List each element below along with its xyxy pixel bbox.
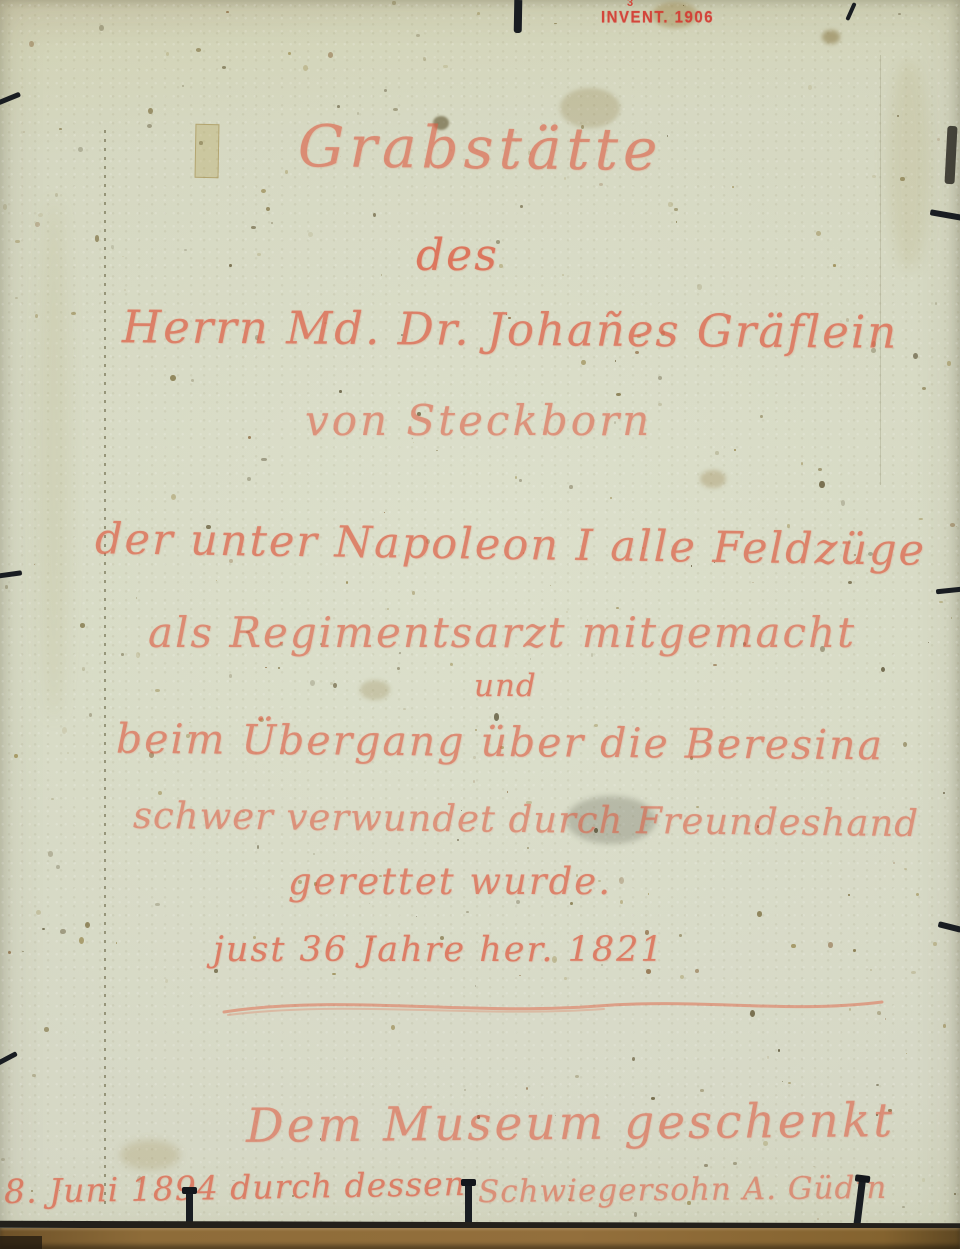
stain-blotch [120,1140,180,1170]
stain-blotch [360,680,390,700]
inscription-line-jahre-1821: just 36 Jahre her. 1821 [213,930,665,970]
inscription-line-napoleon: der unter Napoleon I alle Feldzüge [95,514,927,576]
inscription-line-des: des [416,230,499,281]
paper-crease [880,55,881,485]
inscription-line-title: Grabstätte [298,112,663,184]
inscription-line-name: Herrn Md. Dr. Johañes Gräflein [122,300,899,358]
nail-left-upper [0,92,21,106]
inscription-line-schwiegersohn: Schwiegersohn A. Güdin [478,1170,888,1210]
nail-top-center [514,0,523,33]
inventory-stamp: INVENT. 1906 [601,8,714,27]
fold-crease-line [104,130,106,1208]
frame-corner-dark [0,1236,42,1249]
nail-left-middle [0,570,22,579]
nail-left-lower [0,1051,18,1066]
stain-streak [38,200,70,720]
nail-right-lower [938,921,960,933]
frame-wood-strip [0,1228,960,1249]
nail-right-edge-mark [944,126,957,184]
stain-blotch [822,30,840,44]
inscription-line-verwundet: schwer verwundet durch Freundeshand [133,794,919,845]
nail-top-right [845,2,856,21]
nail-right-upper [930,209,960,220]
inscription-line-gerettet: gerettet wurde. [288,860,612,903]
nail-right-middle [936,587,960,595]
inscription-line-museum: Dem Museum geschenkt [246,1093,896,1154]
inscription-line-und: und [474,668,537,704]
inscription-line-datum: 8. Juni 1894 durch dessen [4,1164,467,1211]
inscription-line-beresina: beim Übergang über die Beresina [116,715,884,770]
photo-back-of-framed-picture: 3 INVENT. 1906 Grabstätte des Herrn Md. … [0,0,960,1249]
stain-blotch [700,470,726,488]
label-remnant [195,124,220,178]
inscription-line-regimentsarzt: als Regimentsarzt mitgemacht [148,608,856,657]
flourish-underline [218,986,890,1022]
stain-streak [888,60,930,270]
inscription-line-place: von Steckborn [305,396,652,445]
